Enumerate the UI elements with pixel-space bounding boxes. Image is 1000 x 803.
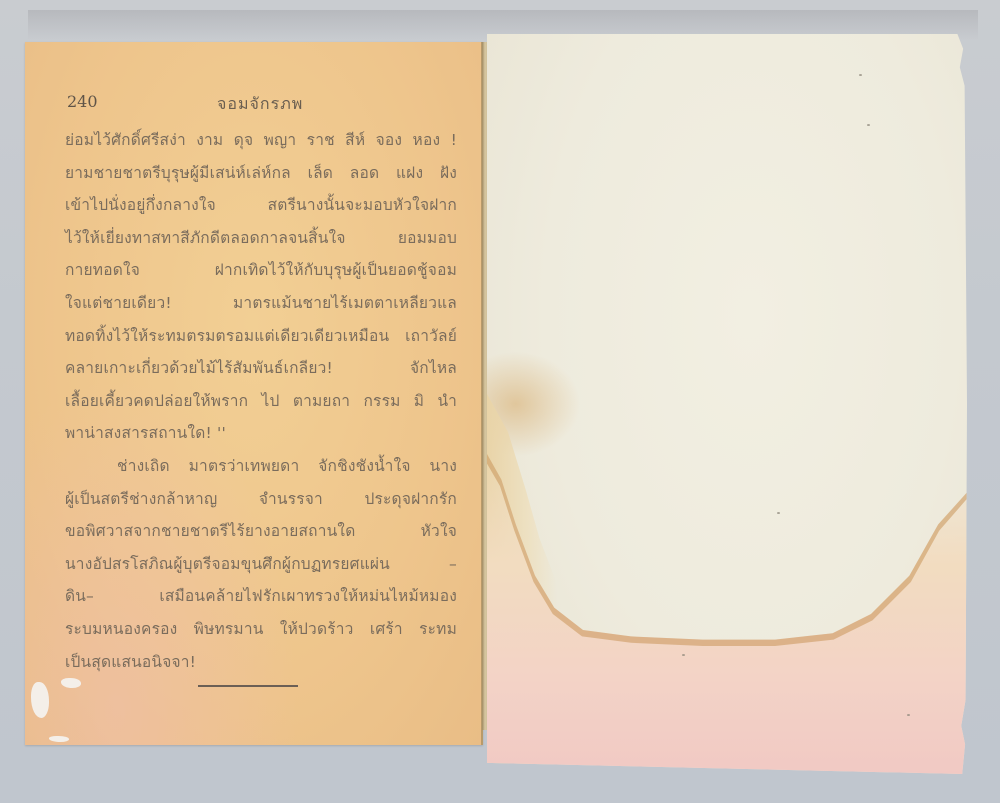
chapter-end-rule <box>198 685 298 687</box>
text-line: พาน่าสงสารสถานใด! '' <box>65 417 457 450</box>
text-line: เป็นสุดแสนอนิจจา! <box>65 646 457 679</box>
open-book: 240 จอมจักรภพ ย่อมไว้ศักดิ์ศรีสง่า งาม ด… <box>0 0 1000 803</box>
left-page: 240 จอมจักรภพ ย่อมไว้ศักดิ์ศรีสง่า งาม ด… <box>25 42 483 745</box>
right-page-blank <box>487 34 967 774</box>
text-line: คลายเกาะเกี่ยวด้วยไม้ไร้สัมพันธ์เกลียว! … <box>65 352 457 385</box>
page-number: 240 <box>67 92 98 111</box>
text-line: ใจแต่ชายเดียว! มาตรแม้นชายไร้เมตตาเหลียว… <box>65 287 457 320</box>
paper-damage-spot <box>61 678 81 688</box>
paragraph-start-line: ช่างเถิด มาตรว่าเทพยดา จักชิงชังน้ำใจ นา… <box>65 450 457 483</box>
text-line: เข้าไปนั่งอยู่กึ่งกลางใจ สตรีนางนั้นจะมอ… <box>65 189 457 222</box>
text-line: ผู้เป็นสตรีช่างกล้าหาญ จำนรรจา ประดุจฝาก… <box>65 483 457 516</box>
paper-speck <box>867 124 870 126</box>
paper-damage-spot <box>49 736 69 742</box>
paper-damage-spot <box>31 682 49 718</box>
text-line: นางอัปสรโสภิณผู้บุตรีจอมขุนศึกผู้กบฏทรยศ… <box>65 548 457 581</box>
text-line: ขอพิศวาสจากชายชาตรีไร้ยางอายสถานใด หัวใจ <box>65 515 457 548</box>
text-line: เลื้อยเคี้ยวคดปล่อยให้พราก ไป ตามยถา กรร… <box>65 385 457 418</box>
text-line: ระบมหนองครอง พิษทรมาน ให้ปวดร้าว เศร้า ร… <box>65 613 457 646</box>
text-line: ดิน– เสมือนคล้ายไฟรักเผาทรวงให้หม่นไหม้ห… <box>65 580 457 613</box>
page-header: 240 จอมจักรภพ <box>67 92 447 116</box>
text-line: กายทอดใจ ฝากเทิดไว้ให้กับบุรุษผู้เป็นยอด… <box>65 254 457 287</box>
running-title: จอมจักรภพ <box>217 92 303 117</box>
paper-speck <box>682 654 685 656</box>
paper-speck <box>777 512 780 514</box>
text-line: ยามชายชาตรีบุรุษผู้มีเสน่ห์เล่ห์กล เล็ด … <box>65 157 457 190</box>
text-line: ไว้ให้เยี่ยงทาสทาสีภักดีตลอดกาลจนสิ้นใจ … <box>65 222 457 255</box>
paper-speck <box>859 74 862 76</box>
text-line: ย่อมไว้ศักดิ์ศรีสง่า งาม ดุจ พญา ราช สีห… <box>65 124 457 157</box>
paper-speck <box>907 714 910 716</box>
text-line: ทอดทิ้งไว้ให้ระทมตรมตรอมแต่เดียวเดียวเหม… <box>65 320 457 353</box>
body-text: ย่อมไว้ศักดิ์ศรีสง่า งาม ดุจ พญา ราช สีห… <box>65 124 457 678</box>
